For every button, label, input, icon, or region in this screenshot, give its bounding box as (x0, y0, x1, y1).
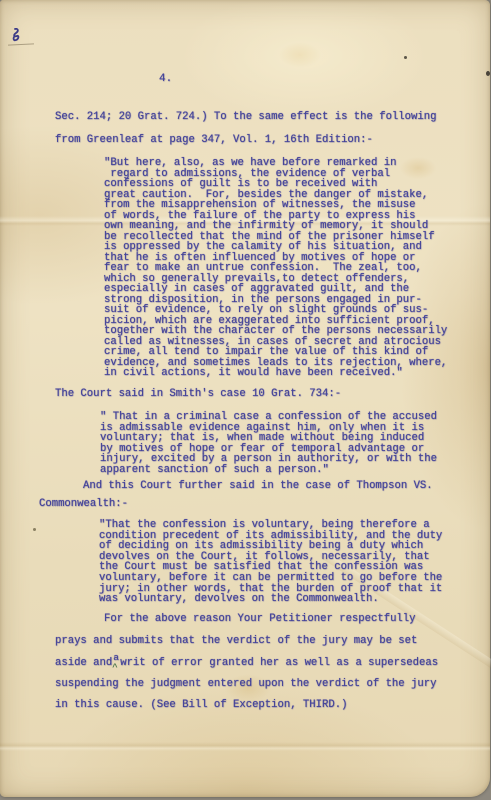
caret-mark: ^ (112, 663, 117, 674)
paper-speck (33, 528, 36, 531)
inserted-letter: a (113, 652, 119, 663)
closing-line-3: aside anda^writ of error granted her as … (55, 658, 438, 669)
photo-backdrop: 4. Sec. 214; 20 Grat. 724.) To the same … (0, 0, 491, 800)
closing-line-3-pre: aside and (55, 657, 112, 669)
closing-line-4: suspending the judgment entered upon the… (55, 679, 436, 690)
handwritten-insertion: a^ (112, 658, 120, 669)
paper-crease-bottom (0, 742, 490, 751)
paper-speck (404, 56, 407, 59)
thompson-case-lead: And this Court further said in the case … (83, 481, 433, 492)
closing-line-5: in this cause. (See Bill of Exception, T… (55, 700, 347, 711)
closing-line-1: For the above reason Your Petitioner res… (104, 614, 416, 625)
smith-case-lead: The Court said in Smith's case 10 Grat. … (55, 389, 341, 400)
commonwealth-label: Commonwealth:- (39, 499, 128, 510)
intro-paragraph: Sec. 214; 20 Grat. 724.) To the same eff… (55, 106, 436, 152)
thompson-case-quote: "That the confession is voluntary, being… (99, 520, 442, 605)
paper: 4. Sec. 214; 20 Grat. 724.) To the same … (0, 0, 490, 797)
smith-case-quote: " That in a criminal case a confession o… (100, 412, 437, 475)
closing-line-3-post: writ of error granted her as well as a s… (120, 657, 438, 669)
closing-line-2: prays and submits that the verdict of th… (55, 636, 417, 647)
ink-blot-mark (10, 28, 22, 49)
greenleaf-quote: "But here, also, as we have before remar… (104, 158, 447, 379)
page-number: 4. (159, 74, 172, 85)
paper-speck (486, 71, 490, 76)
